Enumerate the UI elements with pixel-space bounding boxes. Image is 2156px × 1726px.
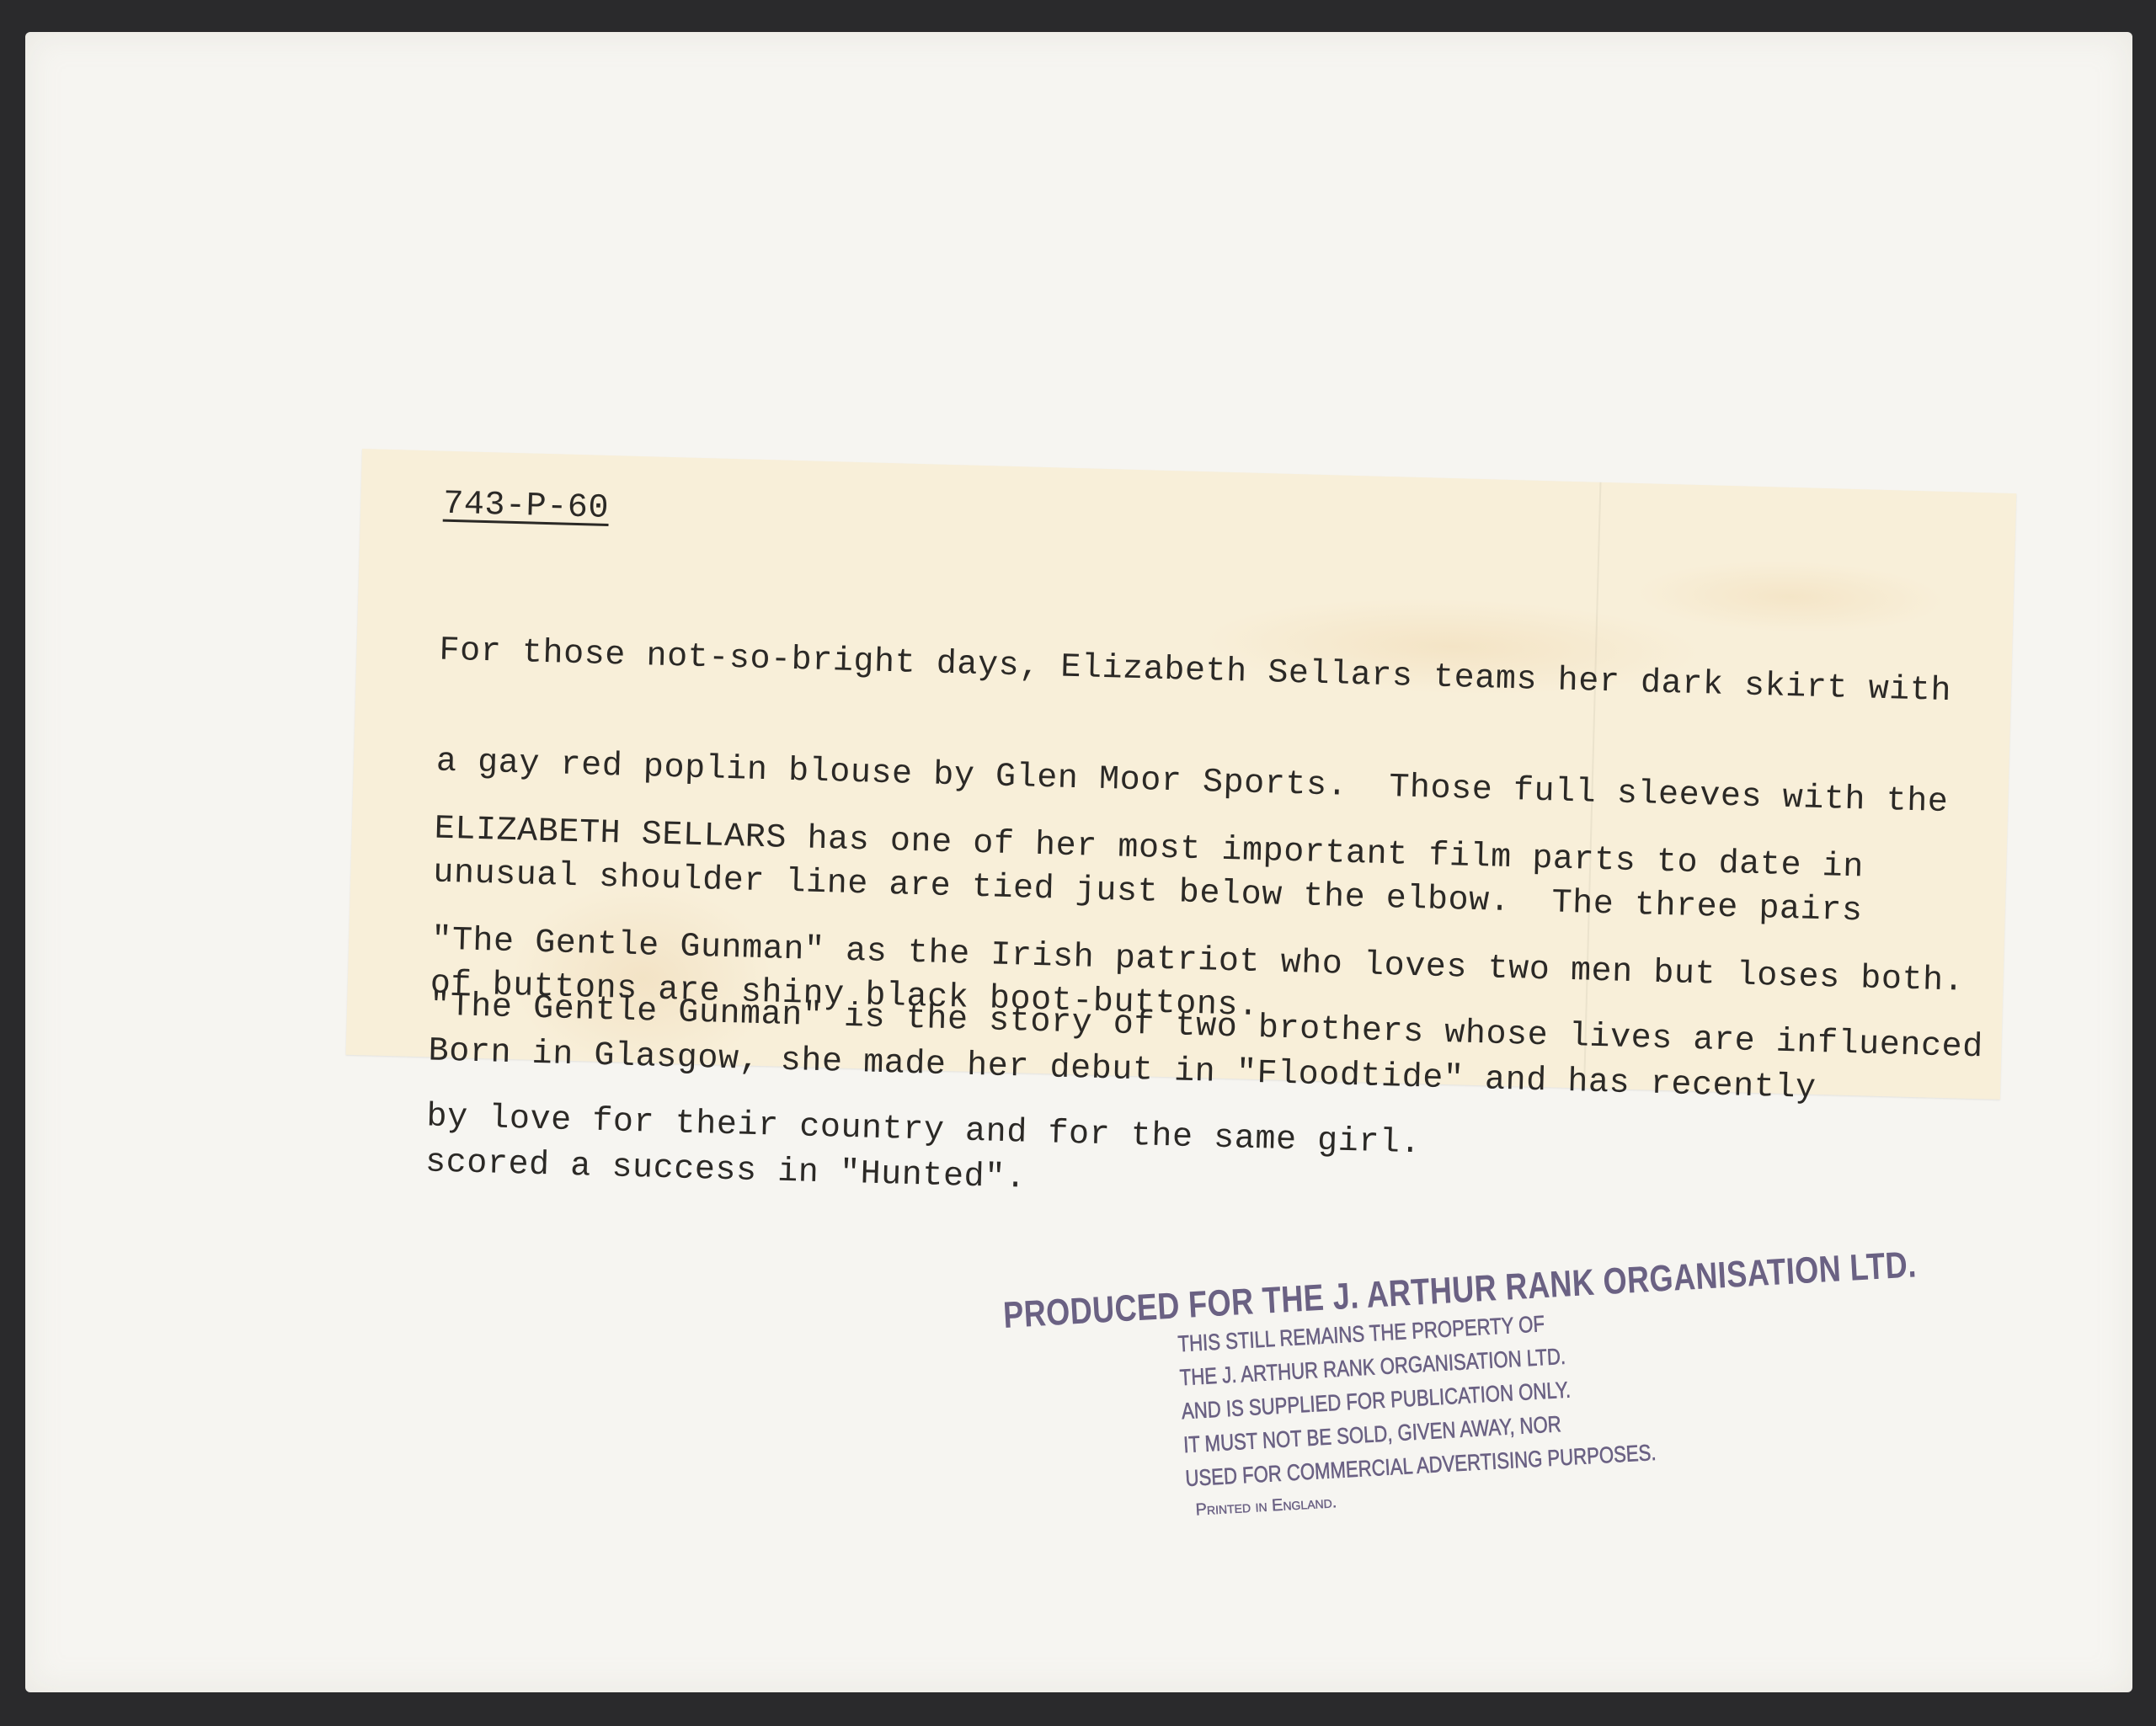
caption-line: "The Gentle Gunman" is the story of two …: [430, 988, 1984, 1067]
caption-line: ELIZABETH SELLARS has one of her most im…: [434, 811, 1967, 889]
rank-organisation-stamp: PRODUCED FOR THE J. ARTHUR RANK ORGANISA…: [1002, 1233, 2129, 1535]
caption-line: by love for their country and for the sa…: [426, 1099, 1981, 1178]
pasted-caption-note: 743-P-60 For those not-so-bright days, E…: [346, 449, 2017, 1100]
photo-back-sheet: 743-P-60 For those not-so-bright days, E…: [25, 32, 2132, 1692]
caption-paragraph-synopsis: "The Gentle Gunman" is the story of two …: [424, 914, 1986, 1252]
reference-number: 743-P-60: [443, 487, 610, 528]
caption-line: For those not-so-bright days, Elizabeth …: [439, 633, 1952, 711]
